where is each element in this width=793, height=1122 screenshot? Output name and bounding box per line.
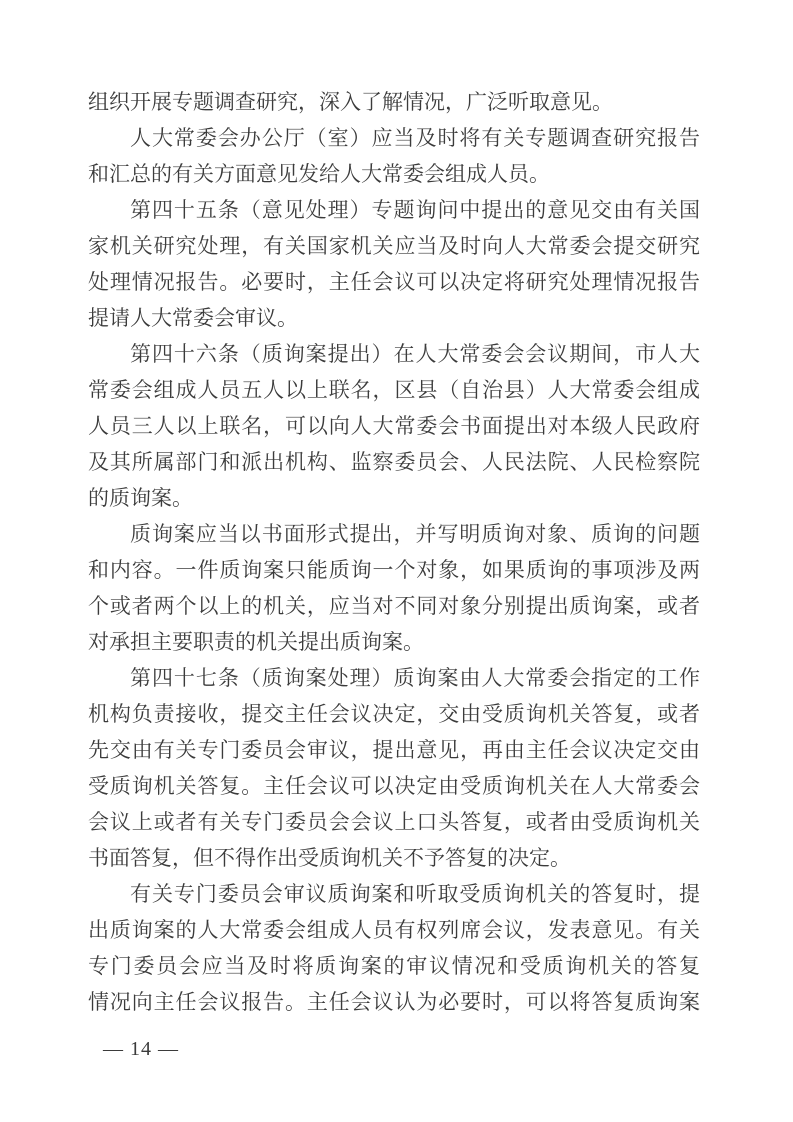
text-line: 对承担主要职责的机关提出质询案。: [88, 624, 700, 660]
text-line: 书面答复，但不得作出受质询机关不予答复的决定。: [88, 840, 700, 876]
text-line: 质询案应当以书面形式提出，并写明质询对象、质询的问题: [88, 516, 700, 552]
text-line: 第四十六条（质询案提出）在人大常委会会议期间，市人大: [88, 336, 700, 372]
text-line: 专门委员会应当及时将质询案的审议情况和受质询机关的答复: [88, 948, 700, 984]
text-line: 个或者两个以上的机关，应当对不同对象分别提出质询案，或者: [88, 588, 700, 624]
document-page: 组织开展专题调查研究，深入了解情况，广泛听取意见。人大常委会办公厅（室）应当及时…: [0, 0, 793, 1122]
text-line: 和内容。一件质询案只能质询一个对象，如果质询的事项涉及两: [88, 552, 700, 588]
text-line: 的质询案。: [88, 480, 700, 516]
text-line: 机构负责接收，提交主任会议决定，交由受质询机关答复，或者: [88, 696, 700, 732]
text-line: 会议上或者有关专门委员会会议上口头答复，或者由受质询机关: [88, 804, 700, 840]
text-line: 组织开展专题调查研究，深入了解情况，广泛听取意见。: [88, 84, 700, 120]
text-line: 第四十五条（意见处理）专题询问中提出的意见交由有关国: [88, 192, 700, 228]
text-line: 家机关研究处理，有关国家机关应当及时向人大常委会提交研究: [88, 228, 700, 264]
page-footer: — 14 —: [103, 1038, 179, 1060]
text-line: 人大常委会办公厅（室）应当及时将有关专题调查研究报告: [88, 120, 700, 156]
text-line: 处理情况报告。必要时，主任会议可以决定将研究处理情况报告: [88, 264, 700, 300]
text-line: 有关专门委员会审议质询案和听取受质询机关的答复时，提: [88, 876, 700, 912]
text-line: 提请人大常委会审议。: [88, 300, 700, 336]
text-line: 及其所属部门和派出机构、监察委员会、人民法院、人民检察院: [88, 444, 700, 480]
text-line: 出质询案的人大常委会组成人员有权列席会议，发表意见。有关: [88, 912, 700, 948]
text-line: 先交由有关专门委员会审议，提出意见，再由主任会议决定交由: [88, 732, 700, 768]
text-line: 情况向主任会议报告。主任会议认为必要时，可以将答复质询案: [88, 984, 700, 1020]
text-line: 第四十七条（质询案处理）质询案由人大常委会指定的工作: [88, 660, 700, 696]
text-line: 和汇总的有关方面意见发给人大常委会组成人员。: [88, 156, 700, 192]
document-body: 组织开展专题调查研究，深入了解情况，广泛听取意见。人大常委会办公厅（室）应当及时…: [88, 84, 700, 1020]
page-number: — 14 —: [103, 1038, 179, 1060]
text-line: 受质询机关答复。主任会议可以决定由受质询机关在人大常委会: [88, 768, 700, 804]
text-line: 常委会组成人员五人以上联名，区县（自治县）人大常委会组成: [88, 372, 700, 408]
text-line: 人员三人以上联名，可以向人大常委会书面提出对本级人民政府: [88, 408, 700, 444]
